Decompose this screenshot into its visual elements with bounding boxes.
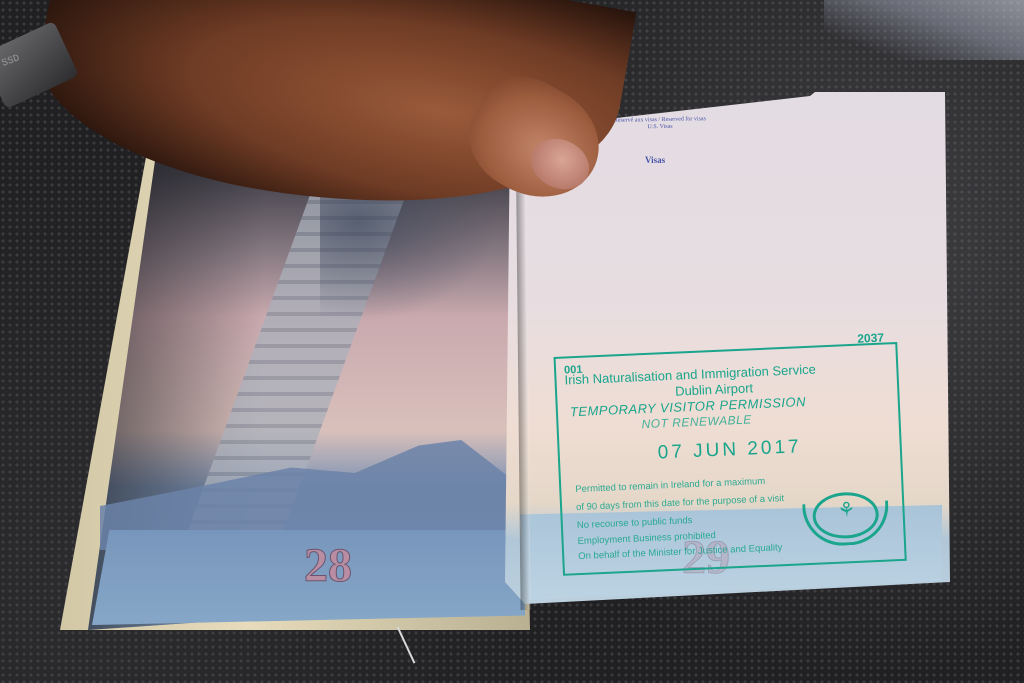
immigration-stamp: 2037 001 Irish Naturalisation and Immigr… xyxy=(553,330,907,570)
stamp-number-right: 2037 xyxy=(857,331,884,346)
right-page-heading: Visas xyxy=(645,155,665,165)
loose-thread xyxy=(397,626,416,663)
left-page-number: 28 xyxy=(304,538,352,593)
harp-icon: ⚘ xyxy=(837,499,856,522)
